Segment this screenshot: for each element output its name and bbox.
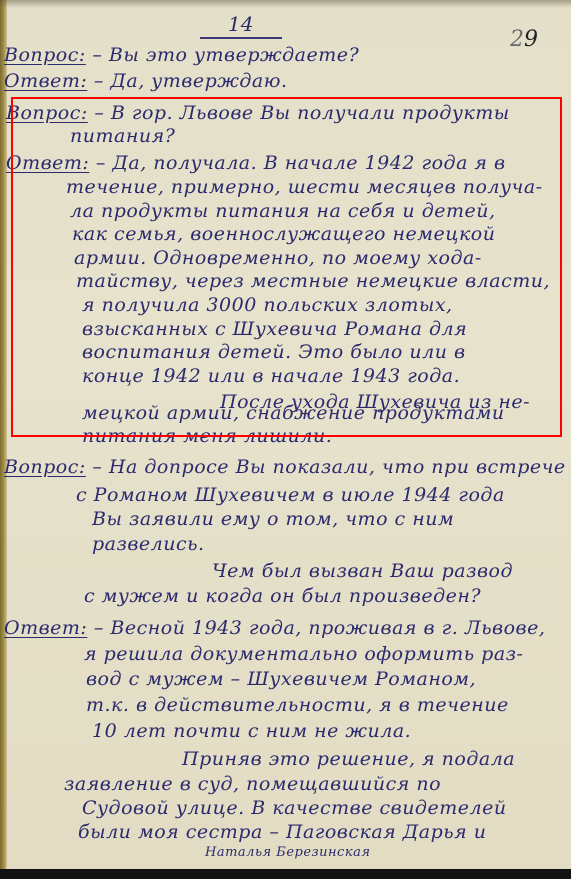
- line-text: как семья, военнослужащего немецкой: [72, 223, 495, 245]
- line-text: – Да, получала. В начале 1942 года я в: [96, 152, 506, 174]
- document-page: 14 29 Вопрос: – Вы это утверждаете?Ответ…: [0, 0, 571, 869]
- transcript-line: Вы заявили ему о том, что с ним: [92, 508, 454, 530]
- archive-number-ink: 9: [524, 27, 538, 52]
- archive-number-pencil: 2: [510, 27, 524, 52]
- transcript-line: 10 лет почти с ним не жила.: [92, 720, 411, 742]
- transcript-line: Ответ: – Да, утверждаю.: [4, 70, 288, 92]
- transcript-line: как семья, военнослужащего немецкой: [72, 223, 495, 245]
- line-text: Приняв это решение, я подала: [182, 748, 515, 770]
- line-text: т.к. в действительности, я в течение: [86, 694, 509, 716]
- transcript-line: Вопрос: – На допросе Вы показали, что пр…: [4, 456, 566, 478]
- line-text: тайству, через местные немецкие власти,: [76, 270, 550, 292]
- line-text: заявление в суд, помещавшийся по: [64, 773, 441, 795]
- line-text: питания?: [70, 125, 175, 147]
- transcript-line: питания?: [70, 125, 175, 147]
- line-text: были моя сестра – Паговская Дарья и: [78, 821, 486, 843]
- answer-label: Ответ:: [4, 70, 87, 92]
- question-label: Вопрос:: [4, 44, 86, 66]
- signature: Наталья Березинская: [205, 845, 370, 860]
- transcript-line: я получила 3000 польских злотых,: [82, 294, 453, 316]
- page-number: 14: [228, 12, 253, 36]
- line-text: я решила документально оформить раз-: [84, 643, 523, 665]
- transcript-line: Чем был вызван Ваш развод: [212, 560, 513, 582]
- line-text: Чем был вызван Ваш развод: [212, 560, 513, 582]
- line-text: вод с мужем – Шухевичем Романом,: [86, 668, 476, 690]
- line-text: – В гор. Львове Вы получали продукты: [94, 102, 509, 124]
- page-top-shadow: [0, 0, 571, 8]
- line-text: воспитания детей. Это было или в: [82, 341, 466, 363]
- page-number-underline: [200, 37, 282, 39]
- archive-sheet-number: 29: [510, 27, 538, 52]
- transcript-line: Приняв это решение, я подала: [182, 748, 515, 770]
- transcript-line: с мужем и когда он был произведен?: [84, 585, 481, 607]
- bottom-frame: [0, 869, 571, 879]
- question-label: Вопрос:: [6, 102, 88, 124]
- line-text: – На допросе Вы показали, что при встреч…: [92, 456, 565, 478]
- question-label: Вопрос:: [4, 456, 86, 478]
- transcript-line: т.к. в действительности, я в течение: [86, 694, 509, 716]
- transcript-line: армии. Одновременно, по моему хода-: [74, 247, 482, 269]
- transcript-line: вод с мужем – Шухевичем Романом,: [86, 668, 476, 690]
- transcript-line: течение, примерно, шести месяцев получа-: [66, 176, 543, 198]
- line-text: питания меня лишили.: [82, 425, 332, 447]
- line-text: течение, примерно, шести месяцев получа-: [66, 176, 543, 198]
- line-text: развелись.: [92, 533, 205, 555]
- transcript-line: мецкой армии, снабжение продуктами: [82, 402, 505, 424]
- line-text: ла продукты питания на себя и детей,: [70, 200, 496, 222]
- page-binding-edge: [0, 0, 7, 869]
- line-text: мецкой армии, снабжение продуктами: [82, 402, 505, 424]
- transcript-line: Ответ: – Весной 1943 года, проживая в г.…: [4, 617, 545, 639]
- transcript-line: я решила документально оформить раз-: [84, 643, 523, 665]
- line-text: я получила 3000 польских злотых,: [82, 294, 453, 316]
- transcript-line: питания меня лишили.: [82, 425, 332, 447]
- transcript-line: были моя сестра – Паговская Дарья и: [78, 821, 486, 843]
- line-text: Вы заявили ему о том, что с ним: [92, 508, 454, 530]
- answer-label: Ответ:: [6, 152, 89, 174]
- transcript-line: с Романом Шухевичем в июле 1944 года: [76, 484, 505, 506]
- line-text: армии. Одновременно, по моему хода-: [74, 247, 482, 269]
- transcript-line: Вопрос: – В гор. Львове Вы получали прод…: [6, 102, 510, 124]
- line-text: конце 1942 или в начале 1943 года.: [82, 365, 460, 387]
- transcript-line: Вопрос: – Вы это утверждаете?: [4, 44, 359, 66]
- transcript-line: ла продукты питания на себя и детей,: [70, 200, 496, 222]
- line-text: – Вы это утверждаете?: [92, 44, 359, 66]
- transcript-line: заявление в суд, помещавшийся по: [64, 773, 441, 795]
- transcript-line: развелись.: [92, 533, 205, 555]
- transcript-line: Ответ: – Да, получала. В начале 1942 год…: [6, 152, 506, 174]
- line-text: взысканных с Шухевича Романа для: [82, 318, 467, 340]
- line-text: с мужем и когда он был произведен?: [84, 585, 481, 607]
- transcript-line: воспитания детей. Это было или в: [82, 341, 466, 363]
- transcript-line: Судовой улице. В качестве свидетелей: [82, 797, 507, 819]
- line-text: с Романом Шухевичем в июле 1944 года: [76, 484, 505, 506]
- line-text: – Да, утверждаю.: [94, 70, 288, 92]
- transcript-line: конце 1942 или в начале 1943 года.: [82, 365, 460, 387]
- line-text: Судовой улице. В качестве свидетелей: [82, 797, 507, 819]
- answer-label: Ответ:: [4, 617, 87, 639]
- line-text: 10 лет почти с ним не жила.: [92, 720, 411, 742]
- transcript-line: взысканных с Шухевича Романа для: [82, 318, 467, 340]
- line-text: – Весной 1943 года, проживая в г. Львове…: [94, 617, 546, 639]
- transcript-line: тайству, через местные немецкие власти,: [76, 270, 550, 292]
